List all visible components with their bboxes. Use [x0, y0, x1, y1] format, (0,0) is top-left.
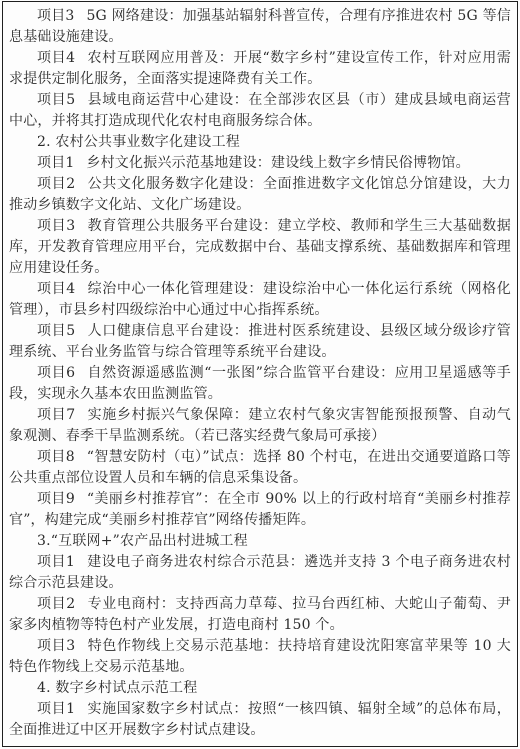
project-item: 项目3教育管理公共服务平台建设：建立学校、教师和学生三大基础数据库，开发教育管理… — [9, 216, 511, 279]
project-item-label: 项目9 — [37, 491, 75, 507]
project-item: 项目7实施乡村振兴气象保障：建立农村气象灾害智能预报预警、自动气象观测、春季干旱… — [9, 405, 511, 447]
project-item: 项目3特色作物线上交易示范基地：扶持培育建设沈阳寒富苹果等 10 大特色作物线上… — [9, 636, 511, 678]
project-item-text: 建设电子商务进农村综合示范县：遴选并支持 3 个电子商务进农村综合示范县建设。 — [9, 554, 511, 591]
project-item: 项目1乡村文化振兴示范基地建设：建设线上数字乡情民俗博物馆。 — [9, 153, 511, 174]
project-item-text: 乡村文化振兴示范基地建设：建设线上数字乡情民俗博物馆。 — [86, 155, 469, 171]
project-item-text: 自然资源遥感监测“一张图”综合监管平台建设：应用卫星遥感等手段，实现永久基本农田… — [9, 365, 511, 402]
project-item-label: 项目3 — [37, 8, 75, 24]
project-item-label: 项目8 — [37, 449, 75, 465]
section-heading: 2. 农村公共事业数字化建设工程 — [9, 132, 511, 153]
project-item: 项目1建设电子商务进农村综合示范县：遴选并支持 3 个电子商务进农村综合示范县建… — [9, 552, 511, 594]
section-heading-text: 4. 数字乡村试点示范工程 — [37, 680, 197, 696]
project-item: 项目4综治中心一体化管理建设：建设综治中心一体化运行系统（网格化管理），市县乡村… — [9, 279, 511, 321]
project-item-text: 县域电商运营中心建设：在全部涉农区县（市）建成县域电商运营中心，并将其打造成现代… — [9, 92, 511, 129]
project-item-label: 项目1 — [37, 554, 75, 570]
project-item: 项目4农村互联网应用普及：开展“数字乡村”建设宣传工作，针对应用需求提供定制化服… — [9, 48, 511, 90]
project-item-label: 项目3 — [37, 218, 75, 234]
project-item-label: 项目1 — [37, 701, 75, 717]
project-item-label: 项目1 — [37, 155, 75, 171]
project-item-text: 农村互联网应用普及：开展“数字乡村”建设宣传工作，针对应用需求提供定制化服务，全… — [9, 50, 511, 87]
project-item: 项目1实施国家数字乡村试点：按照“一核四镇、辐射全域”的总体布局，全面推进辽中区… — [9, 699, 511, 741]
project-item-text: 实施乡村振兴气象保障：建立农村气象灾害智能预报预警、自动气象观测、春季干旱监测系… — [9, 407, 511, 444]
project-item-label: 项目5 — [37, 323, 75, 339]
section-heading-text: 2. 农村公共事业数字化建设工程 — [37, 134, 240, 150]
project-item-text: 特色作物线上交易示范基地：扶持培育建设沈阳寒富苹果等 10 大特色作物线上交易示… — [9, 638, 511, 675]
project-item: 项目2公共文化服务数字化建设：全面推进数字文化馆总分馆建设，大力推动乡镇数字文化… — [9, 174, 511, 216]
project-item-text: 专业电商村：支持西高力草莓、拉马台西红柿、大蛇山子葡萄、尹家多肉植物等特色村产业… — [9, 596, 511, 633]
project-item: 项目5县域电商运营中心建设：在全部涉农区县（市）建成县域电商运营中心，并将其打造… — [9, 90, 511, 132]
project-item-label: 项目3 — [37, 638, 75, 654]
project-item-text: 教育管理公共服务平台建设：建立学校、教师和学生三大基础数据库，开发教育管理应用平… — [9, 218, 511, 276]
project-item-text: 实施国家数字乡村试点：按照“一核四镇、辐射全域”的总体布局，全面推进辽中区开展数… — [9, 701, 511, 738]
project-item: 项目8“智慧安防村（屯）”试点：选择 80 个村屯，在进出交通要道路口等公共重点… — [9, 447, 511, 489]
project-item-text: 综治中心一体化管理建设：建设综治中心一体化运行系统（网格化管理），市县乡村四级综… — [9, 281, 511, 318]
project-item-text: 5G 网络建设：加强基站辐射科普宣传，合理有序推进农村 5G 等信息基础设施建设… — [9, 8, 511, 45]
project-item-label: 项目5 — [37, 92, 75, 108]
project-item: 项目5人口健康信息平台建设：推进村医系统建设、县级区域分级诊疗管理系统、平台业务… — [9, 321, 511, 363]
project-item-text: 人口健康信息平台建设：推进村医系统建设、县级区域分级诊疗管理系统、平台业务监管与… — [9, 323, 511, 360]
project-item-label: 项目4 — [37, 50, 75, 66]
project-item: 项目2专业电商村：支持西高力草莓、拉马台西红柿、大蛇山子葡萄、尹家多肉植物等特色… — [9, 594, 511, 636]
section-heading-text: 3.“互联网+”农产品出村进城工程 — [37, 533, 248, 549]
project-item-text: “智慧安防村（屯）”试点：选择 80 个村屯，在进出交通要道路口等公共重点部位设… — [9, 449, 511, 486]
project-item: 项目35G 网络建设：加强基站辐射科普宣传，合理有序推进农村 5G 等信息基础设… — [9, 6, 511, 48]
project-item-label: 项目2 — [37, 596, 75, 612]
project-item: 项目6自然资源遥感监测“一张图”综合监管平台建设：应用卫星遥感等手段，实现永久基… — [9, 363, 511, 405]
project-item-text: “美丽乡村推荐官”：在全市 90% 以上的行政村培育“美丽乡村推荐官”，构建完成… — [9, 491, 511, 528]
section-heading: 3.“互联网+”农产品出村进城工程 — [9, 531, 511, 552]
project-item-text: 公共文化服务数字化建设：全面推进数字文化馆总分馆建设，大力推动乡镇数字文化站、文… — [9, 176, 511, 213]
project-item-label: 项目6 — [37, 365, 75, 381]
document-content: 项目35G 网络建设：加强基站辐射科普宣传，合理有序推进农村 5G 等信息基础设… — [9, 6, 511, 741]
section-heading: 4. 数字乡村试点示范工程 — [9, 678, 511, 699]
project-item-label: 项目2 — [37, 176, 75, 192]
document-page: 项目35G 网络建设：加强基站辐射科普宣传，合理有序推进农村 5G 等信息基础设… — [0, 0, 520, 749]
project-item-label: 项目7 — [37, 407, 75, 423]
project-item: 项目9“美丽乡村推荐官”：在全市 90% 以上的行政村培育“美丽乡村推荐官”，构… — [9, 489, 511, 531]
project-item-label: 项目4 — [37, 281, 75, 297]
